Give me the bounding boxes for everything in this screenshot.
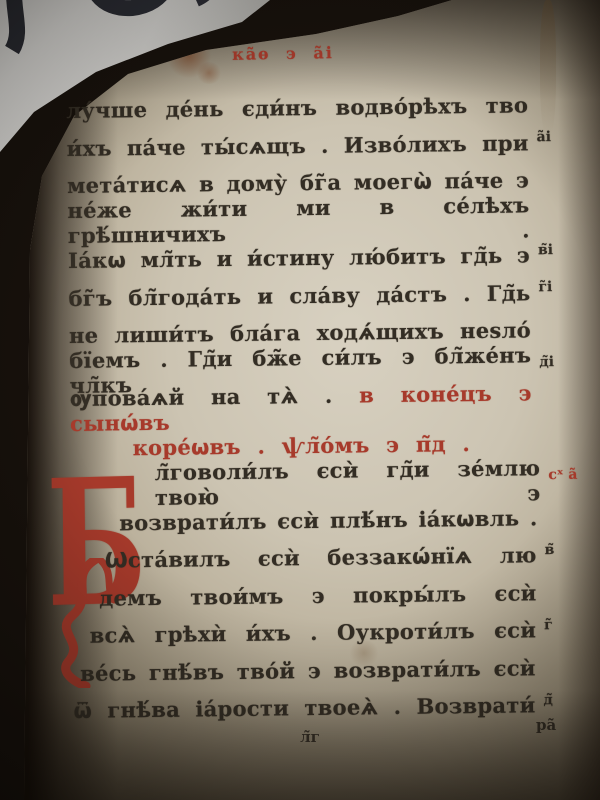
text-segment: лу́чше де́нь єди́нъ водво́рѣхъ тво (66, 93, 528, 124)
text-line: не́же жи́ти ми в се́лѣхъ грѣ́шничихъ . (67, 198, 583, 242)
text-segment: ѿ гнѣ́ва іа́рости твоеѧ̀ . Возврати́ (73, 693, 535, 724)
psalm-text-block: лу́чше де́нь єди́нъ водво́рѣхъ твои́хъ п… (66, 86, 590, 730)
text-line: демъ твои́мъ ϶ покры́лъ єсѝ (72, 573, 588, 617)
text-segment: возврати́лъ єсѝ плѣ́нъ іа́кѡвль . (119, 505, 538, 535)
photo-of-book-page: ка̃ѳ ϶ а̃і Б лу́чше де́нь єди́нъ водво́р… (0, 0, 600, 800)
text-line: бг̃ъ бл̃года́ть и сла́ву да́стъ . Гд̃ьг̃… (68, 273, 584, 317)
text-line: л̃говоли́лъ єсѝ гд̃и зе́млю твою̀ ϶сˣ а̃ (71, 461, 587, 505)
kathisma-heading: ка̃ѳ ϶ а̃і (198, 43, 368, 65)
verse-number: д̃ (543, 691, 589, 718)
verse-number: в̃і (538, 241, 584, 268)
text-segment: не́же жи́ти ми в се́лѣхъ грѣ́шничихъ . (67, 193, 530, 249)
line-text: Іа́кѡ мл̃ть и и́стину лю́битъ гд̃ь ϶ (68, 243, 530, 274)
line-text: лу́чше де́нь єди́нъ водво́рѣхъ тво (66, 93, 528, 124)
text-line: и́хъ па́че ты́сѧщъ . Изво́лихъ приа̃і (66, 123, 582, 167)
text-line: Ѡста́вилъ єсѝ беззакѡ́нїѧ люв̃ (71, 536, 587, 580)
line-text: Ѡста́вилъ єсѝ беззакѡ́нїѧ лю (72, 543, 537, 574)
text-segment: Ѡста́вилъ єсѝ беззакѡ́нїѧ лю (105, 543, 537, 573)
verse-number: сˣ а̃ (548, 466, 587, 492)
verse-number (546, 512, 588, 523)
verse-number (540, 437, 586, 448)
text-line: ѹпова́ѧй на тѧ̀ . в коне́цъ ϶ сынѡ́въ (70, 386, 586, 430)
verse-number: г̃і (538, 279, 584, 306)
text-segment: и́хъ па́че ты́сѧщъ . Изво́лихъ при (67, 130, 529, 161)
verse-number: д̃і (539, 354, 585, 381)
text-segment: ѹпова́ѧй на тѧ̀ . (70, 383, 333, 411)
line-text: возврати́лъ єсѝ плѣ́нъ іа́кѡвль . (71, 505, 538, 536)
text-line: всѧ̀ грѣхѝ и́хъ . Оукроти́лъ єсѝг̃ (72, 611, 588, 655)
verse-number: а̃і (536, 129, 582, 156)
verse-number (544, 662, 589, 673)
text-segment: бг̃ъ бл̃года́ть и сла́ву да́стъ . Гд̃ь (68, 280, 530, 311)
line-text: ѹпова́ѧй на тѧ̀ . в коне́цъ ϶ сынѡ́въ (70, 380, 533, 436)
quire-signature: л̃г (270, 728, 350, 746)
verse-number (537, 174, 583, 185)
line-text: всѧ̀ грѣхѝ и́хъ . Оукроти́лъ єсѝ (72, 618, 536, 649)
verse-number (536, 99, 582, 110)
line-text: ве́сь гнѣ́въ тво́й ϶ возврати́лъ єсѝ (73, 655, 536, 686)
line-text: и́хъ па́че ты́сѧщъ . Изво́лихъ при (67, 130, 529, 161)
text-segment: л̃говоли́лъ єсѝ гд̃и зе́млю твою̀ ϶ (154, 455, 540, 510)
text-segment: Іа́кѡ мл̃ть и и́стину лю́битъ гд̃ь ϶ (68, 243, 530, 274)
text-segment: ве́сь гнѣ́въ тво́й ϶ возврати́лъ єсѝ (80, 655, 536, 686)
text-line: лу́чше де́нь єди́нъ водво́рѣхъ тво (66, 86, 582, 130)
verse-number (539, 324, 585, 335)
text-line: ве́сь гнѣ́въ тво́й ϶ возврати́лъ єсѝ (73, 648, 589, 692)
verse-number (540, 399, 586, 410)
folio-number: ра̃ (536, 716, 556, 734)
text-segment: демъ твои́мъ ϶ покры́лъ єсѝ (99, 580, 537, 610)
text-segment: всѧ̀ грѣхѝ и́хъ . Оукроти́лъ єсѝ (89, 618, 536, 648)
line-text: демъ твои́мъ ϶ покры́лъ єсѝ (72, 580, 537, 611)
verse-number (545, 587, 589, 598)
text-line: ѿ гнѣ́ва іа́рости твоеѧ̀ . Возврати́д̃ (73, 686, 589, 730)
line-text: не́же жи́ти ми в се́лѣхъ грѣ́шничихъ . (67, 193, 530, 249)
line-text: л̃говоли́лъ єсѝ гд̃и зе́млю твою̀ ϶ (71, 455, 541, 511)
verse-number: в̃ (545, 541, 588, 568)
line-text: ѿ гнѣ́ва іа́рости твоеѧ̀ . Возврати́ (73, 693, 535, 724)
verse-number: г̃ (544, 616, 589, 643)
line-text: бг̃ъ бл̃года́ть и сла́ву да́стъ . Гд̃ь (68, 280, 530, 311)
verse-number (538, 212, 584, 223)
stain (196, 62, 222, 84)
